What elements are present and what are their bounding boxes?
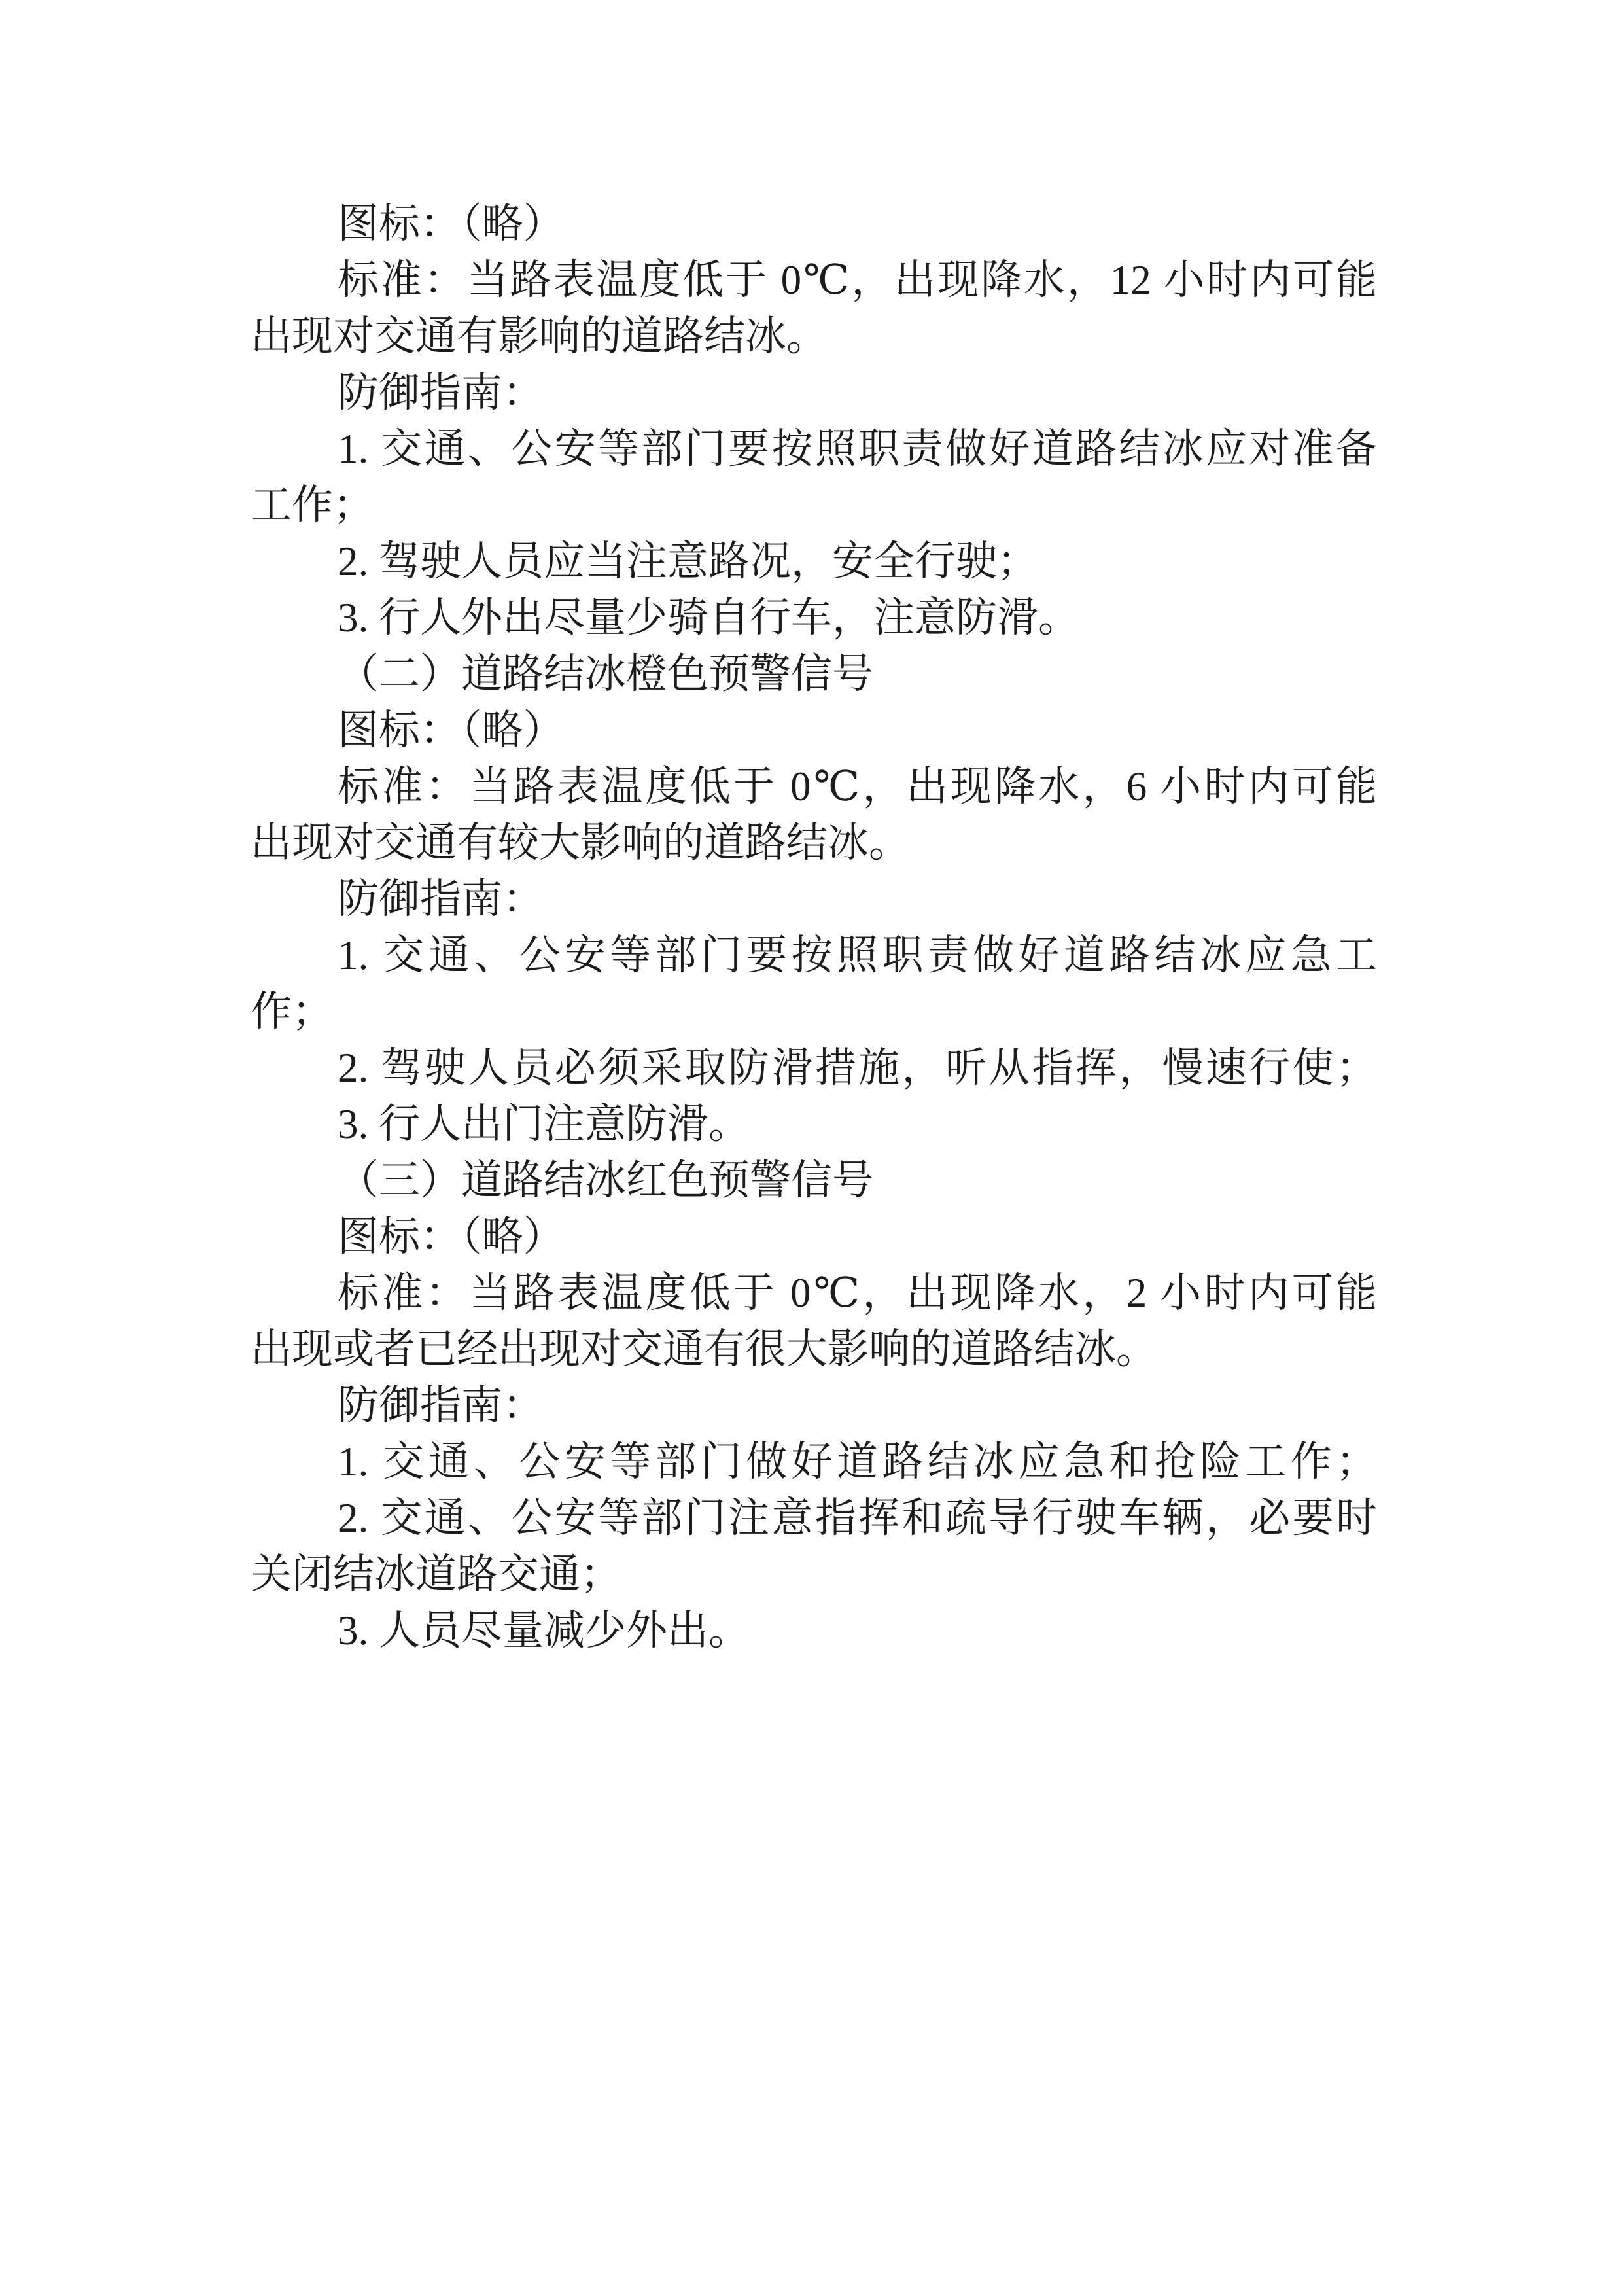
text-line: 3. 人员尽量减少外出。 xyxy=(251,1602,1377,1659)
text-line: 1. 交通、公安等部门要按照职责做好道路结冰应急工 xyxy=(251,927,1377,983)
text-line: 标准：当路表温度低于 0℃，出现降水，12 小时内可能 xyxy=(251,252,1377,308)
text-line: 2. 驾驶人员应当注意路况，安全行驶； xyxy=(251,533,1377,590)
text-line: 3. 行人外出尽量少骑自行车，注意防滑。 xyxy=(251,590,1377,646)
text-line: 1. 交通、公安等部门做好道路结冰应急和抢险工作； xyxy=(251,1434,1377,1490)
text-line: 2. 驾驶人员必须采取防滑措施，听从指挥，慢速行使； xyxy=(251,1040,1377,1096)
text-line: （三）道路结冰红色预警信号 xyxy=(251,1152,1377,1209)
document-page: 图标：（略） 标准：当路表温度低于 0℃，出现降水，12 小时内可能 出现对交通… xyxy=(0,0,1623,2296)
text-line: 2. 交通、公安等部门注意指挥和疏导行驶车辆，必要时 xyxy=(251,1490,1377,1546)
text-line: 出现对交通有影响的道路结冰。 xyxy=(251,308,1377,364)
text-line: 关闭结冰道路交通； xyxy=(251,1546,1377,1602)
text-line: （二）道路结冰橙色预警信号 xyxy=(251,646,1377,702)
document-body: 图标：（略） 标准：当路表温度低于 0℃，出现降水，12 小时内可能 出现对交通… xyxy=(251,196,1377,1659)
text-line: 出现或者已经出现对交通有很大影响的道路结冰。 xyxy=(251,1321,1377,1377)
text-line: 图标：（略） xyxy=(251,196,1377,252)
text-line: 作； xyxy=(251,983,1377,1040)
text-line: 图标：（略） xyxy=(251,1209,1377,1265)
text-line: 标准：当路表温度低于 0℃，出现降水，6 小时内可能 xyxy=(251,758,1377,815)
text-line: 图标：（略） xyxy=(251,702,1377,758)
text-line: 防御指南： xyxy=(251,1377,1377,1434)
text-line: 工作； xyxy=(251,477,1377,533)
text-line: 防御指南： xyxy=(251,871,1377,927)
text-line: 标准：当路表温度低于 0℃，出现降水，2 小时内可能 xyxy=(251,1265,1377,1321)
text-line: 防御指南： xyxy=(251,364,1377,421)
text-line: 3. 行人出门注意防滑。 xyxy=(251,1096,1377,1152)
text-line: 1. 交通、公安等部门要按照职责做好道路结冰应对准备 xyxy=(251,421,1377,477)
text-line: 出现对交通有较大影响的道路结冰。 xyxy=(251,815,1377,871)
